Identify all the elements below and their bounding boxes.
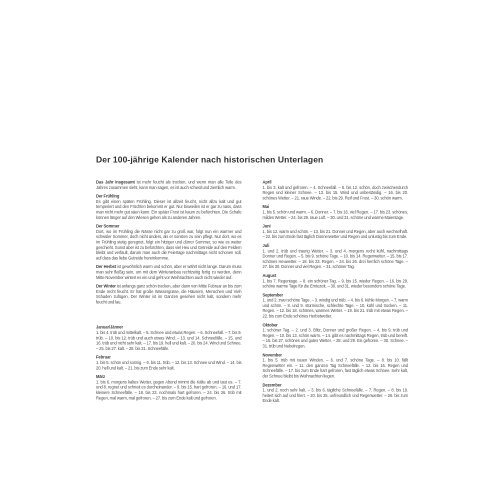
- two-column-layout: Das Jahr insgesamt ist mehr feucht als t…: [96, 180, 504, 404]
- month-text-january: 1. bis 4. trüb und mittelkalt. – 5. Schn…: [96, 331, 242, 352]
- month-section-december: Dezember 1. und 2. noch sehr kalt. – 3. …: [263, 383, 409, 404]
- month-text-october: 1. schöner Tag. – 2. und 3. Blitz, Donne…: [263, 328, 409, 349]
- month-section-march: März 1. bis 6. morgens kaltes Wetter, ge…: [96, 375, 242, 401]
- month-text-september: 1. und 2. zwei schöne Tage. – 3. windig …: [263, 298, 409, 319]
- season-heading-autumn: Der Herbst: [96, 265, 116, 270]
- month-section-july: Juli 1. und 2. trüb und traurig Wetter. …: [263, 243, 409, 269]
- month-text-november: 1. bis 5. trüb mit rauen Winden. – 6. un…: [263, 358, 409, 379]
- month-text-july: 1. und 2. trüb und traurig Wetter. – 3. …: [263, 249, 409, 270]
- right-column: April 1. bis 3. kalt und gefroren. – 4. …: [263, 180, 409, 404]
- season-section-autumn: Der Herbst ist gewöhnlich warm und schön…: [96, 265, 242, 281]
- document-page: Der 100-jährige Kalender nach historisch…: [0, 0, 504, 504]
- month-section-may: Mai 1. bis 5. schön und warm. – 6. Donne…: [263, 205, 409, 221]
- month-text-august: 1. bis 7. Regentage. – 8. ein schöner Ta…: [263, 279, 409, 290]
- page-title: Der 100-jährige Kalender nach historisch…: [96, 155, 504, 165]
- season-section-winter: Der Winter ist anfangs ganz schön trocke…: [96, 284, 242, 305]
- season-text-spring: Es gibt einen späten Frühling. Dieser is…: [96, 199, 242, 220]
- month-section-november: November 1. bis 5. trüb mit rauen Winden…: [263, 353, 409, 379]
- season-text-autumn: ist gewöhnlich warm und schön, aber er w…: [96, 265, 242, 280]
- season-text-winter: ist anfangs ganz schön trocken, aber dan…: [96, 284, 242, 304]
- month-section-april: April 1. bis 3. kalt und gefroren. – 4. …: [263, 180, 409, 201]
- month-section-february: Februar 1. bis 5. schön und sonnig. – 6.…: [96, 355, 242, 371]
- season-text-summer: Dort, wo im Frühling die Nässe nicht gar…: [96, 229, 242, 261]
- page-content: Der 100-jährige Kalender nach historisch…: [0, 0, 504, 504]
- month-section-june: Juni 1. bis 12. warm und schön. – 13. bi…: [263, 224, 409, 240]
- season-section-summer: Der Sommer Dort, wo im Frühling die Näss…: [96, 224, 242, 261]
- month-section-october: Oktober 1. schöner Tag. – 2. und 3. Blit…: [263, 323, 409, 349]
- season-section-spring: Der Frühling Es gibt einen späten Frühli…: [96, 194, 242, 220]
- month-text-march: 1. bis 6. morgens kaltes Wetter, gegen A…: [96, 380, 242, 401]
- month-text-april: 1. bis 3. kalt und gefroren. – 4. Schnee…: [263, 185, 409, 201]
- month-text-june: 1. bis 12. warm und schön. – 13. bis 21.…: [263, 229, 409, 240]
- year-overview-paragraph: Das Jahr insgesamt ist mehr feucht als t…: [96, 180, 242, 191]
- month-section-january: Januar/Jänner 1. bis 4. trüb und mittelk…: [96, 325, 242, 351]
- month-section-september: September 1. und 2. zwei schöne Tage. – …: [263, 293, 409, 319]
- month-text-may: 1. bis 5. schön und warm. – 6. Donner. –…: [263, 210, 409, 221]
- month-text-february: 1. bis 5. schön und sonnig. – 6. bis 11.…: [96, 361, 242, 372]
- month-text-december: 1. und 2. noch sehr kalt. – 3. bis 6. tä…: [263, 388, 409, 404]
- month-section-august: August 1. bis 7. Regentage. – 8. ein sch…: [263, 273, 409, 289]
- months-block-left: Januar/Jänner 1. bis 4. trüb und mittelk…: [96, 325, 242, 401]
- year-overview-lead: Das Jahr insgesamt: [96, 180, 135, 185]
- left-column: Das Jahr insgesamt ist mehr feucht als t…: [96, 180, 242, 404]
- season-heading-winter: Der Winter: [96, 284, 116, 289]
